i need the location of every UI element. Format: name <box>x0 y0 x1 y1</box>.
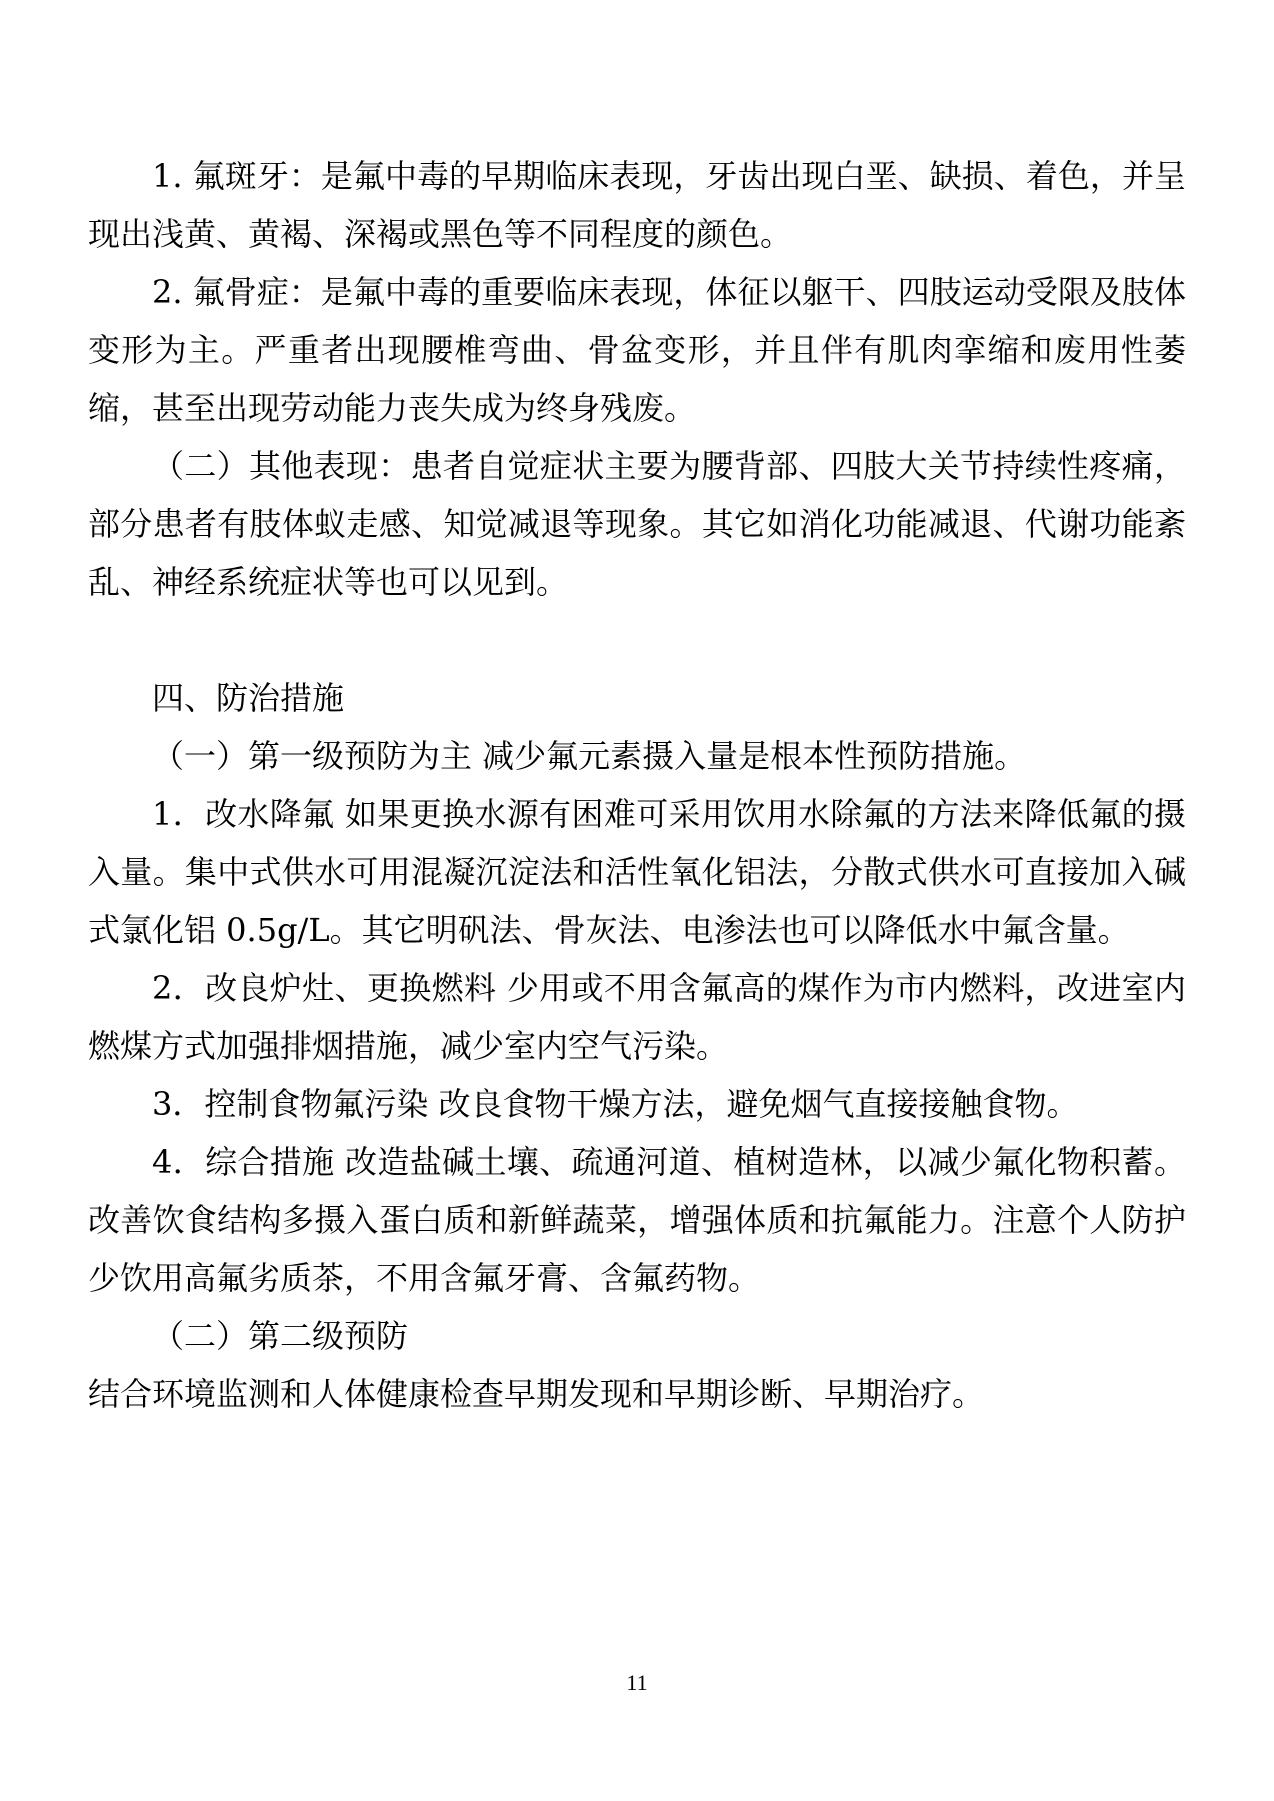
paragraph: 4．综合措施 改造盐碱土壤、疏通河道、植树造林，以减少氟化物积蓄。改善饮食结构多… <box>88 1133 1186 1307</box>
paragraph: （一）第一级预防为主 减少氟元素摄入量是根本性预防措施。 <box>88 727 1186 785</box>
paragraph: 四、防治措施 <box>88 669 1186 727</box>
blank-line <box>88 611 1186 669</box>
paragraph: 1. 氟斑牙：是氟中毒的早期临床表现，牙齿出现白垩、缺损、着色，并呈现出浅黄、黄… <box>88 147 1186 263</box>
paragraph: 结合环境监测和人体健康检查早期发现和早期诊断、早期治疗。 <box>88 1365 1186 1423</box>
document-page: 1. 氟斑牙：是氟中毒的早期临床表现，牙齿出现白垩、缺损、着色，并呈现出浅黄、黄… <box>0 0 1274 1801</box>
paragraph: 1．改水降氟 如果更换水源有困难可采用饮用水除氟的方法来降低氟的摄入量。集中式供… <box>88 785 1186 959</box>
paragraph: 2. 氟骨症：是氟中毒的重要临床表现，体征以躯干、四肢运动受限及肢体变形为主。严… <box>88 263 1186 437</box>
document-body: 1. 氟斑牙：是氟中毒的早期临床表现，牙齿出现白垩、缺损、着色，并呈现出浅黄、黄… <box>88 147 1186 1423</box>
paragraph: 2．改良炉灶、更换燃料 少用或不用含氟高的煤作为市内燃料，改进室内燃煤方式加强排… <box>88 959 1186 1075</box>
paragraph: （二）其他表现：患者自觉症状主要为腰背部、四肢大关节持续性疼痛，部分患者有肢体蚁… <box>88 437 1186 611</box>
paragraph: 3．控制食物氟污染 改良食物干燥方法，避免烟气直接接触食物。 <box>88 1075 1186 1133</box>
paragraph: （二）第二级预防 <box>88 1307 1186 1365</box>
page-number: 11 <box>0 1668 1274 1698</box>
